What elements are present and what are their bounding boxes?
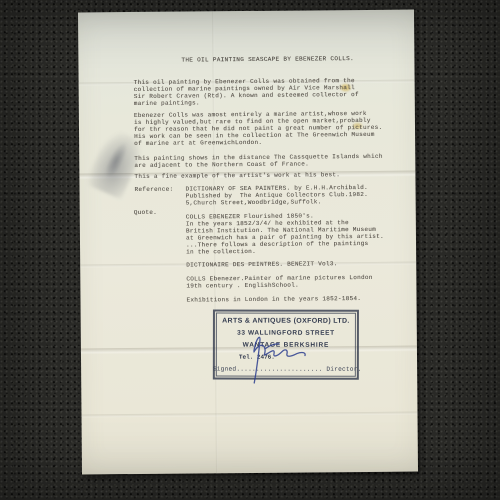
colls-entry: COLLS Ebenezer.Painter of marine picture… — [186, 275, 372, 290]
quote-text: COLLS EBENEZER Flourished 1850's. In the… — [186, 213, 384, 256]
reference-label: Reference: — [135, 187, 174, 194]
stamp-town: WANTAGE BERKSHIRE — [215, 342, 357, 349]
stamp-company-name: ARTS & ANTIQUES (OXFORD) LTD. — [215, 318, 357, 325]
paragraph-appraisal: This a fine example of the artist's work… — [134, 172, 340, 181]
letter-paper: THE OIL PAINTING SEASCAPE BY EBENEZER CO… — [78, 10, 418, 475]
fold-crease-5 — [81, 412, 417, 418]
reference-text: DICTIONARY OF SEA PAINTERS. by E.H.H.Arc… — [186, 185, 369, 207]
signed-line: Signed...................... Director. — [213, 366, 362, 373]
quote-label: Quote. — [134, 210, 157, 217]
stamp-street: 33 WALLINGFORD STREET — [215, 330, 357, 337]
document-title: THE OIL PAINTING SEASCAPE BY EBENEZER CO… — [181, 56, 354, 64]
stamp-telephone: Tel. 2476. — [239, 354, 275, 361]
dealer-stamp: ARTS & ANTIQUES (OXFORD) LTD. 33 WALLING… — [213, 310, 359, 380]
paragraph-provenance: This oil painting by Ebenezer Colls was … — [134, 78, 359, 108]
smudge-mark-dark — [101, 139, 132, 181]
exhibitions-line: Exhibitions in London in the years 1852-… — [186, 296, 361, 304]
paragraph-subject: This painting shows in the distance The … — [134, 154, 382, 170]
benezit-reference: DICTIONAIRE DES PEINTRES. BENEZIT Vol3. — [186, 261, 337, 269]
photo-background: THE OIL PAINTING SEASCAPE BY EBENEZER CO… — [0, 0, 500, 500]
paragraph-artist: Ebenezer Colls was amost entirely a mari… — [134, 111, 383, 148]
